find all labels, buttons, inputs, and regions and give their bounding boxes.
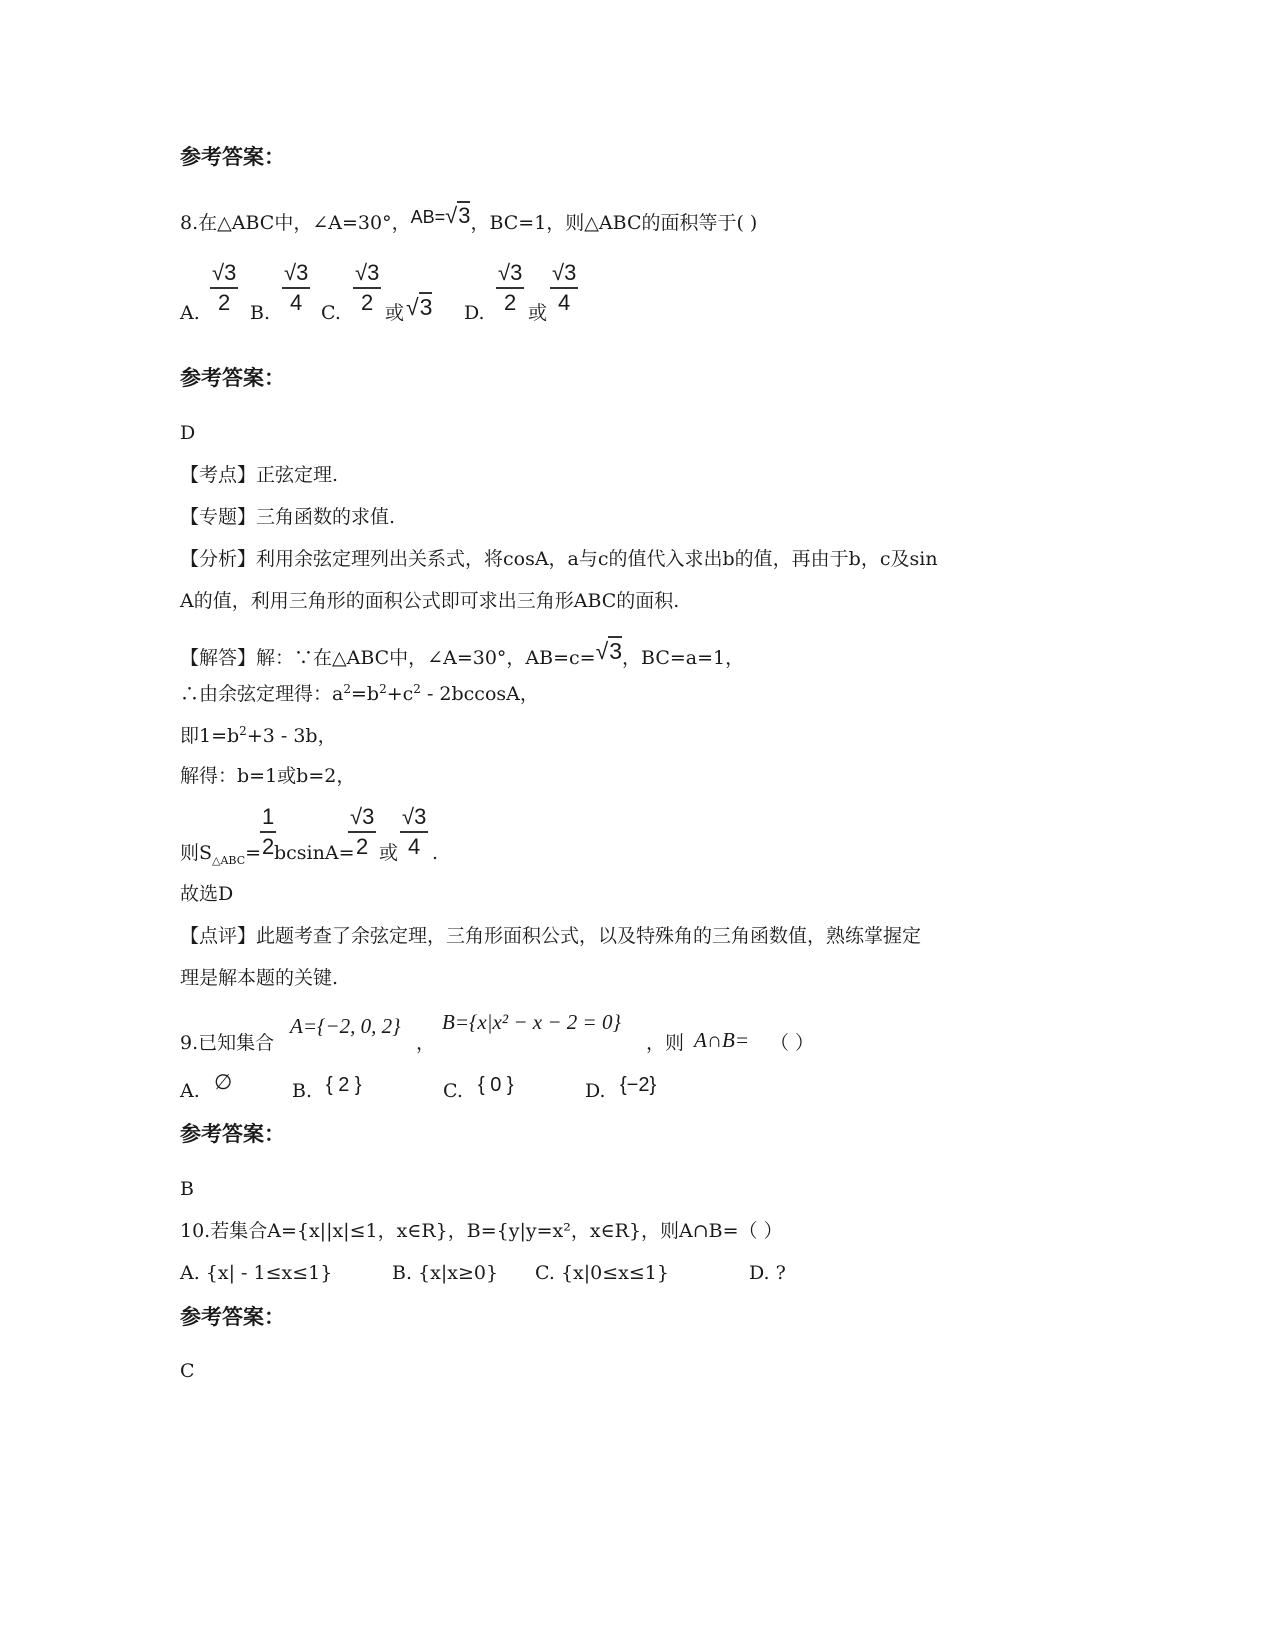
sqrt-expression: √3 xyxy=(406,296,432,319)
stem-text: ，BC=1，则△ABC的面积等于( ) xyxy=(470,212,757,234)
equation-step: 即1=b2+3 - 3b， xyxy=(180,725,337,746)
cosine-law-step: ∴由余弦定理得：a2=b2+c2 - 2bccosA， xyxy=(180,683,539,704)
ab-label: AB= xyxy=(411,207,446,227)
option-d-value: {−2} xyxy=(620,1075,656,1095)
option-c-fraction: √32 xyxy=(353,262,381,314)
answer-value: D xyxy=(180,424,195,443)
option-a-label: A. xyxy=(180,304,200,323)
option-c-label: C. xyxy=(443,1082,463,1101)
option-d-label: D. xyxy=(585,1082,606,1101)
solution-step: 解得：b=1或b=2， xyxy=(180,767,355,786)
intersection: A∩B= xyxy=(694,1030,749,1051)
option-a: A. {x| - 1≤x≤1} xyxy=(180,1264,332,1283)
or-text: 或 xyxy=(379,844,398,863)
choose-answer: 故选D xyxy=(180,885,233,904)
stem-text: ，则 xyxy=(646,1034,684,1053)
sqrt-expression: √3 xyxy=(596,636,622,664)
or-text: 或 xyxy=(385,304,404,323)
set-b: B={x|x² − x − 2 = 0} xyxy=(442,1012,621,1033)
answer-value: B xyxy=(180,1180,194,1199)
option-b-fraction: √34 xyxy=(282,262,310,314)
option-b-label: B. xyxy=(292,1082,312,1101)
area-middle: bcsinA= xyxy=(274,844,355,863)
area-fraction-2: √34 xyxy=(400,806,428,858)
option-b-value: { 2 } xyxy=(326,1075,362,1095)
option-b-label: B. xyxy=(250,304,270,323)
reference-answer-heading: 参考答案： xyxy=(180,1124,285,1145)
zhuanti-note: 【专题】三角函数的求值. xyxy=(180,508,395,527)
reference-answer-heading: 参考答案： xyxy=(180,1307,285,1328)
reference-answer-heading: 参考答案： xyxy=(180,368,285,389)
option-c-value: { 0 } xyxy=(478,1075,514,1095)
option-a-label: A. xyxy=(180,1082,200,1101)
option-c-label: C. xyxy=(321,304,341,323)
comma: ， xyxy=(416,1034,435,1053)
dianping-note-line-2: 理是解本题的关键. xyxy=(180,969,338,988)
set-a: A={−2, 0, 2} xyxy=(290,1016,400,1037)
kaodian-note: 【考点】正弦定理. xyxy=(180,466,338,485)
option-b: B. {x|x≥0} xyxy=(392,1264,498,1283)
step-text: =b xyxy=(351,683,379,705)
jieda-text: ，BC=a=1， xyxy=(622,647,744,669)
step-text: - 2bccosA， xyxy=(421,683,539,705)
stem-text: 在△ABC中，∠A=30°， xyxy=(198,212,410,234)
dianping-note-line-1: 【点评】此题考查了余弦定理，三角形面积公式，以及特殊角的三角函数值，熟练掌握定 xyxy=(180,927,921,946)
area-prefix: 则S△ABC= xyxy=(180,844,261,866)
jieda-line: 【解答】解：∵在△ABC中，∠A=30°，AB=c=√3，BC=a=1， xyxy=(180,640,744,668)
option-d-fraction-1: √32 xyxy=(496,262,524,314)
stem-text: 9.已知集合 xyxy=(180,1034,274,1053)
area-fraction-1: √32 xyxy=(348,806,376,858)
question-number: 8. xyxy=(180,212,198,234)
fenxi-note-line-2: A的值，利用三角形的面积公式即可求出三角形ABC的面积. xyxy=(180,592,679,611)
question-10-stem: 10.若集合A={x||x|≤1，x∈R}，B={y|y=x²，x∈R}，则A∩… xyxy=(180,1222,783,1241)
period: . xyxy=(432,844,438,863)
jieda-text: 【解答】解：∵在△ABC中，∠A=30°，AB=c= xyxy=(180,647,596,669)
fenxi-note-line-1: 【分析】利用余弦定理列出关系式，将cosA，a与c的值代入求出b的值，再由于b，… xyxy=(180,550,938,569)
option-d-label: D. xyxy=(464,304,485,323)
step-text: +c xyxy=(387,683,414,705)
option-c: C. {x|0≤x≤1} xyxy=(535,1264,669,1283)
option-d: D. ? xyxy=(749,1264,786,1283)
answer-value: C xyxy=(180,1362,195,1381)
empty-set-icon: ∅ xyxy=(214,1072,232,1093)
question-8-stem: 8.在△ABC中，∠A=30°，AB=√3，BC=1，则△ABC的面积等于( ) xyxy=(180,205,757,233)
or-text: 或 xyxy=(528,304,547,323)
step-text: ∴由余弦定理得：a xyxy=(180,683,343,705)
answer-paren: （ ） xyxy=(770,1034,814,1053)
option-a-fraction: √32 xyxy=(210,262,238,314)
step-text: +3 - 3b， xyxy=(247,725,337,747)
reference-answer-heading: 参考答案： xyxy=(180,147,285,168)
option-d-fraction-2: √34 xyxy=(550,262,578,314)
step-text: 即1=b xyxy=(180,725,239,747)
sqrt-expression: √3 xyxy=(445,201,470,228)
